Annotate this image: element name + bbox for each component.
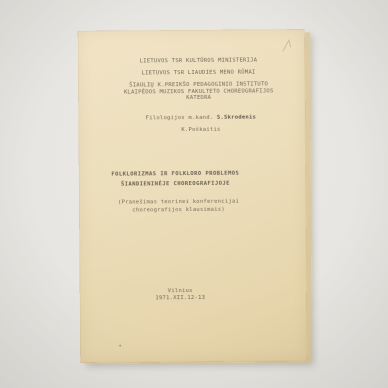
author-line-1: Filologijos m.kand. S.Skrodenis bbox=[87, 114, 314, 122]
author-line-2: K.Poškaitis bbox=[87, 126, 314, 134]
author-1-title: Filologijos m.kand. bbox=[146, 115, 217, 122]
pencil-mark bbox=[281, 38, 297, 53]
title-line-2: ŠIANDIENINĖJE CHOREOGRAFIJOJE bbox=[62, 180, 289, 188]
folk-art-house-line: LIETUVOS TSR LIAUDIES MENO RŪMAI bbox=[85, 69, 312, 77]
subtitle-line-2: choreografijos klausimais) bbox=[65, 206, 292, 214]
paper-speck bbox=[119, 345, 121, 347]
document-cover-page: LIETUVOS TSR KULTŪROS MINISTERIJA LIETUV… bbox=[78, 29, 308, 363]
department-line: KATEDRA bbox=[85, 94, 312, 102]
subtitle-line-1: (Pranešimas teorinei konferencijai bbox=[65, 198, 292, 206]
author-1-name: S.Skrodenis bbox=[217, 114, 256, 120]
photo-background: LIETUVOS TSR KULTŪROS MINISTERIJA LIETUV… bbox=[0, 0, 388, 388]
ministry-line: LIETUVOS TSR KULTŪROS MINISTERIJA bbox=[85, 57, 312, 65]
date-line: 1971.XII.12-13 bbox=[67, 294, 294, 302]
title-line-1: FOLKLORIZMAS IR FOLKLORO PROBLEMOS bbox=[62, 170, 289, 178]
